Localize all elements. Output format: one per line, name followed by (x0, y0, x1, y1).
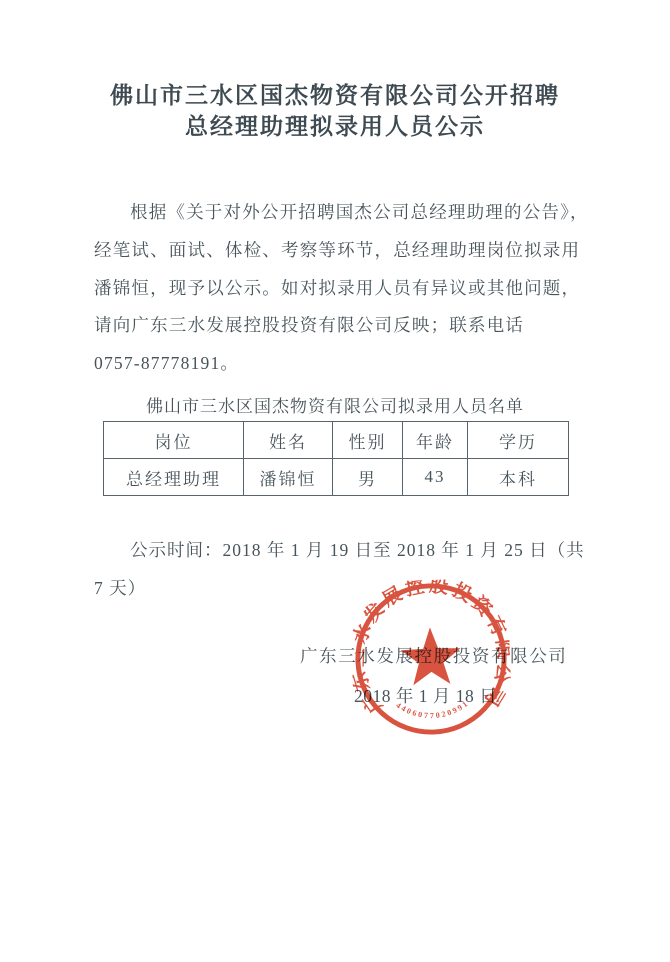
body-line: 根据《关于对外公开招聘国杰公司总经理助理的公告》， (94, 199, 580, 237)
document-title-line1: 佛山市三水区国杰物资有限公司公开招聘 (0, 80, 670, 111)
header-cell-name: 姓名 (244, 422, 333, 459)
body-line: 潘锦恒，现予以公示。如对拟录用人员有异议或其他问题， (94, 275, 580, 313)
table-row: 总经理助理 潘锦恒 男 43 本科 (104, 459, 569, 496)
roster-header-row: 岗位 姓名 性别 年龄 学历 (104, 422, 569, 459)
cell-name: 潘锦恒 (244, 459, 333, 496)
seal-code-text: 4406077020991 (394, 698, 471, 721)
publicity-period-line1: 公示时间：2018 年 1 月 19 日至 2018 年 1 月 25 日（共 (94, 537, 594, 575)
header-cell-age: 年龄 (403, 422, 468, 459)
scanned-document-page: 佛山市三水区国杰物资有限公司公开招聘 总经理助理拟录用人员公示 根据《关于对外公… (0, 0, 670, 962)
cell-education: 本科 (468, 459, 569, 496)
body-line: 经笔试、面试、体检、考察等环节，总经理助理岗位拟录用 (94, 237, 580, 275)
roster-table: 岗位 姓名 性别 年龄 学历 总经理助理 潘锦恒 男 43 本科 (103, 421, 569, 496)
cell-gender: 男 (333, 459, 403, 496)
header-cell-education: 学历 (468, 422, 569, 459)
body-paragraph: 根据《关于对外公开招聘国杰公司总经理助理的公告》， 经笔试、面试、体检、考察等环… (94, 199, 580, 388)
header-cell-position: 岗位 (104, 422, 244, 459)
cell-position: 总经理助理 (104, 459, 244, 496)
header-cell-gender: 性别 (333, 422, 403, 459)
roster-table-caption: 佛山市三水区国杰物资有限公司拟录用人员名单 (0, 392, 670, 417)
document-title: 佛山市三水区国杰物资有限公司公开招聘 总经理助理拟录用人员公示 (0, 80, 670, 142)
seal-star-icon (400, 626, 462, 685)
body-line: 请向广东三水发展控股投资有限公司反映；联系电话 (94, 312, 580, 350)
company-seal: 广东三水发展控股投资有限公司 4406077020991 (349, 577, 512, 740)
publicity-period: 公示时间：2018 年 1 月 19 日至 2018 年 1 月 25 日（共 … (94, 537, 594, 613)
body-line: 0757-87778191。 (94, 350, 580, 388)
document-title-line2: 总经理助理拟录用人员公示 (0, 111, 670, 142)
svg-text:4406077020991: 4406077020991 (394, 698, 471, 721)
cell-age: 43 (403, 459, 468, 496)
publicity-period-line2: 7 天） (94, 575, 594, 613)
